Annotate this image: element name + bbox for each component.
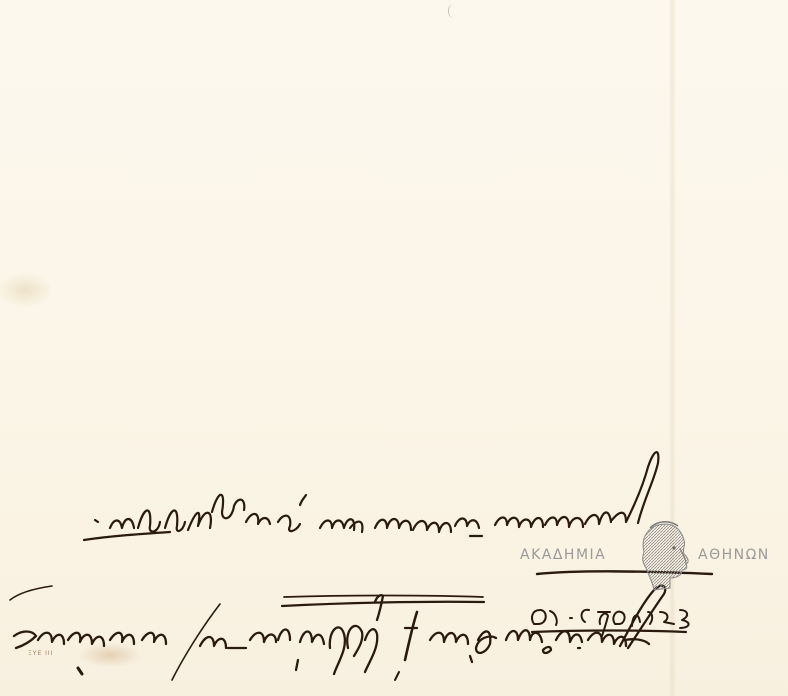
watermark-right-text: ΑΘΗΝΩΝ <box>698 547 770 563</box>
watermark-left-text: ΑΚΑΔΗΜΙΑ <box>520 547 606 563</box>
athena-head-icon <box>630 518 694 592</box>
handwriting-line-2-date <box>532 610 689 636</box>
archive-stamp: ΞΥΕ ΙΙΙ <box>28 650 53 657</box>
handwriting-line-3 <box>84 452 658 540</box>
handwriting-line-1 <box>10 586 665 680</box>
document-page: ΑΚΑΔΗΜΙΑ ΑΘΗΝΩΝ ΞΥΕ ΙΙΙ Κυρί Αλίμ Αδελφώ… <box>0 0 788 696</box>
